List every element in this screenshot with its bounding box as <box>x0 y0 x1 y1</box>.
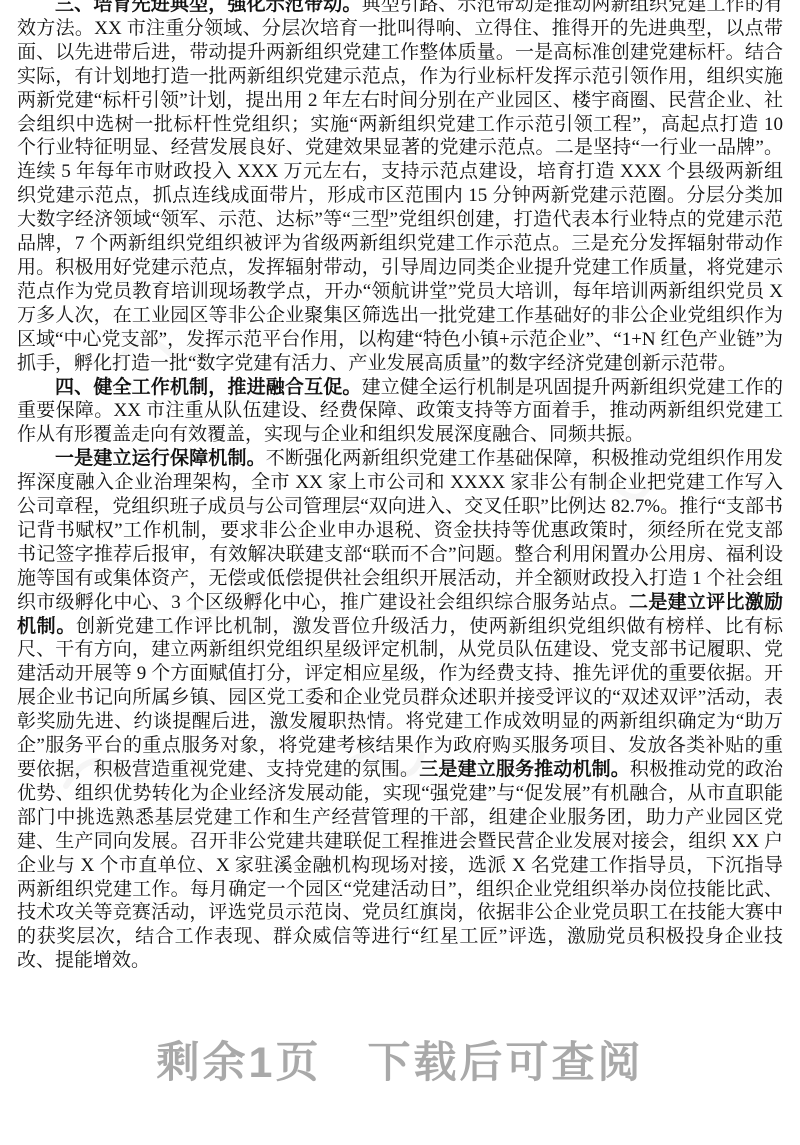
section-4-improve-mechanisms: 四、健全工作机制，推进融合互促。建立健全运行机制是巩固提升两新组织党建工作的重要… <box>17 376 783 448</box>
document-body: 三、培育先进典型，强化示范带动。典型引路、示范带动是推动两新组织党建工作的有效方… <box>17 0 783 973</box>
paragraph-lead: 一是建立运行保障机制。 <box>55 448 266 469</box>
section-3-cultivate-models: 三、培育先进典型，强化示范带动。典型引路、示范带动是推动两新组织党建工作的有效方… <box>17 0 783 376</box>
remaining-pages-text: 剩余1页 <box>157 1042 322 1085</box>
paragraph-lead: 三是建立服务推动机制。 <box>419 759 630 780</box>
download-hint-text: 下载后可查阅 <box>367 1042 643 1085</box>
paragraph-text: 不断强化两新组织党建工作基础保障，积极推动党组织作用发挥深度融入企业治理架构，全… <box>17 448 783 612</box>
remaining-pages-banner: 剩余1页 下载后可查阅 <box>0 1042 800 1085</box>
paragraph-text: 积极推动党的政治优势、组织优势转化为企业经济发展动能，实现“强党建”与“促发展”… <box>17 759 783 971</box>
paragraph-lead: 四、健全工作机制，推进融合互促。 <box>55 377 362 398</box>
paragraph-text: 典型引路、示范带动是推动两新组织党建工作的有效方法。XX 市注重分领域、分层次培… <box>17 0 783 374</box>
paragraph-text: 创新党建工作评比机制，激发晋位升级活力，使两新组织党组织做有榜样、比有标尺、干有… <box>17 616 783 780</box>
paragraph-lead: 三、培育先进典型，强化示范带动。 <box>55 0 362 15</box>
section-4-mechanism-details: 一是建立运行保障机制。不断强化两新组织党建工作基础保障，积极推动党组织作用发挥深… <box>17 447 783 973</box>
document-page: 三、培育先进典型，强化示范带动。典型引路、示范带动是推动两新组织党建工作的有效方… <box>0 0 800 1145</box>
